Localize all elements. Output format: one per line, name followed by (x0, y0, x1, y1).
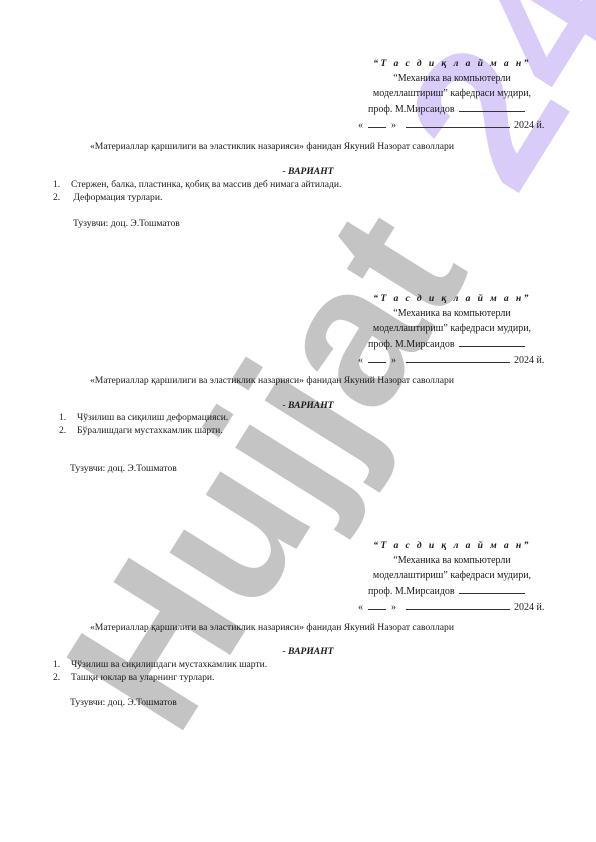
question-text: Ташқи юклар ва уларнинг турлари. (71, 672, 214, 683)
year: 2024 й. (514, 120, 544, 131)
question-item: 1.Чўзилиш ва сиқилиш деформацияси. (59, 412, 228, 425)
variant-heading: - ВАРИАНТ (0, 646, 596, 658)
head-name: проф. М.Мирсаидов (368, 104, 455, 115)
approval-stamp: “Т а с д и қ л а й м а н” “Механика ва к… (352, 291, 552, 368)
signature-line (459, 583, 525, 594)
question-number: 2. (53, 192, 71, 205)
department-line-2: моделлаштириш” кафедраси мудири, (352, 568, 552, 583)
signature-line (459, 101, 525, 112)
day-blank (368, 599, 386, 610)
date-close-quote: » (391, 355, 396, 366)
approval-stamp: “Т а с д и қ л а й м а н” “Механика ва к… (352, 56, 552, 133)
question-item: 2.Ташқи юклар ва уларнинг турлари. (53, 672, 267, 685)
question-text: Стержен, балка, пластинка, қобиқ ва масс… (71, 179, 341, 190)
year: 2024 й. (514, 602, 544, 613)
question-text: Деформация турлари. (71, 192, 162, 203)
month-blank (406, 117, 510, 128)
date-close-quote: » (391, 120, 396, 131)
question-list: 1.Стержен, балка, пластинка, қобиқ ва ма… (53, 179, 341, 204)
question-text: Чўзилиш ва сиқилиш деформацияси. (77, 412, 228, 423)
question-list: 1.Чўзилиш ва сиқилишдаги мустахкамлик ша… (53, 659, 267, 684)
question-number: 1. (53, 179, 71, 192)
head-name: проф. М.Мирсаидов (368, 339, 455, 350)
approval-title: “Т а с д и қ л а й м а н” (352, 291, 552, 306)
subject-title: «Материаллар қаршилиги ва эластиклик наз… (90, 622, 454, 634)
author: Тузувчи: доц. Э.Тошматов (70, 697, 177, 709)
date-line: «»2024 й. (352, 117, 552, 133)
question-number: 2. (53, 672, 71, 685)
subject-title: «Материаллар қаршилиги ва эластиклик наз… (90, 375, 454, 387)
date-open-quote: « (358, 355, 363, 366)
question-text: Чўзилиш ва сиқилишдаги мустахкамлик шарт… (71, 659, 267, 670)
department-line-2: моделлаштириш” кафедраси мудири, (352, 321, 552, 336)
question-number: 1. (53, 659, 71, 672)
day-blank (368, 352, 386, 363)
question-text: Бўралишдаги мустахкамлик шарти. (77, 425, 223, 436)
month-blank (406, 599, 510, 610)
department-head: проф. М.Мирсаидов (352, 101, 552, 117)
date-open-quote: « (358, 602, 363, 613)
signature-line (459, 336, 525, 347)
subject-title: «Материаллар қаршилиги ва эластиклик наз… (90, 141, 454, 153)
department-line-1: “Механика ва компьютерли (352, 71, 552, 86)
question-item: 1.Стержен, балка, пластинка, қобиқ ва ма… (53, 179, 341, 192)
author: Тузувчи: доц. Э.Тошматов (73, 218, 180, 230)
document-page: “Т а с д и қ л а й м а н” “Механика ва к… (0, 0, 596, 842)
variant-heading: - ВАРИАНТ (0, 166, 596, 178)
author: Тузувчи: доц. Э.Тошматов (70, 463, 177, 475)
question-item: 2.Бўралишдаги мустахкамлик шарти. (59, 425, 228, 438)
approval-title: “Т а с д и қ л а й м а н” (352, 538, 552, 553)
department-line-1: “Механика ва компьютерли (352, 306, 552, 321)
question-number: 2. (59, 425, 77, 438)
approval-stamp: “Т а с д и қ л а й м а н” “Механика ва к… (352, 538, 552, 615)
date-open-quote: « (358, 120, 363, 131)
department-head: проф. М.Мирсаидов (352, 583, 552, 599)
approval-title: “Т а с д и қ л а й м а н” (352, 56, 552, 71)
year: 2024 й. (514, 355, 544, 366)
department-head: проф. М.Мирсаидов (352, 336, 552, 352)
date-close-quote: » (391, 602, 396, 613)
variant-heading: - ВАРИАНТ (0, 400, 596, 412)
date-line: «»2024 й. (352, 352, 552, 368)
department-line-2: моделлаштириш” кафедраси мудири, (352, 86, 552, 101)
head-name: проф. М.Мирсаидов (368, 586, 455, 597)
question-list: 1.Чўзилиш ва сиқилиш деформацияси. 2.Бўр… (59, 412, 228, 437)
question-number: 1. (59, 412, 77, 425)
question-item: 2. Деформация турлари. (53, 192, 341, 205)
department-line-1: “Механика ва компьютерли (352, 553, 552, 568)
day-blank (368, 117, 386, 128)
month-blank (406, 352, 510, 363)
date-line: «»2024 й. (352, 599, 552, 615)
question-item: 1.Чўзилиш ва сиқилишдаги мустахкамлик ша… (53, 659, 267, 672)
